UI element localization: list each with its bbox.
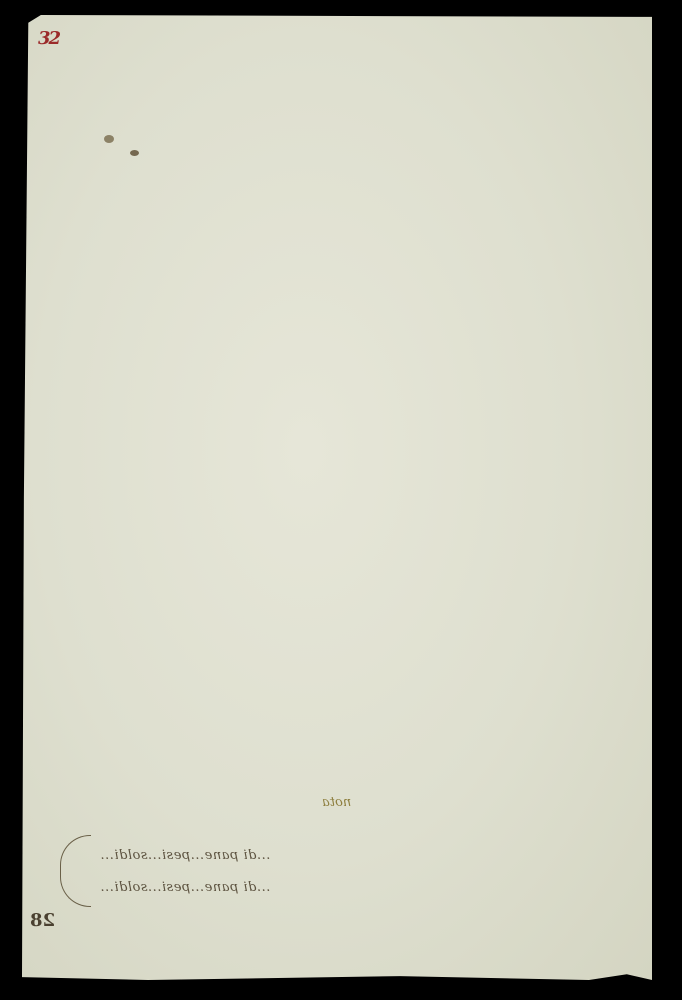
corner-mark: 28 [30,910,55,931]
manuscript-sheet [22,15,652,980]
text-line: ...di pane...pesi...soldi... [100,880,270,895]
annotation: nota [322,795,351,810]
ink-stain [104,135,114,143]
folio-number: 32 [38,28,59,49]
text-line: ...di pane...pesi...soldi... [100,848,270,863]
ink-stain [130,150,139,156]
